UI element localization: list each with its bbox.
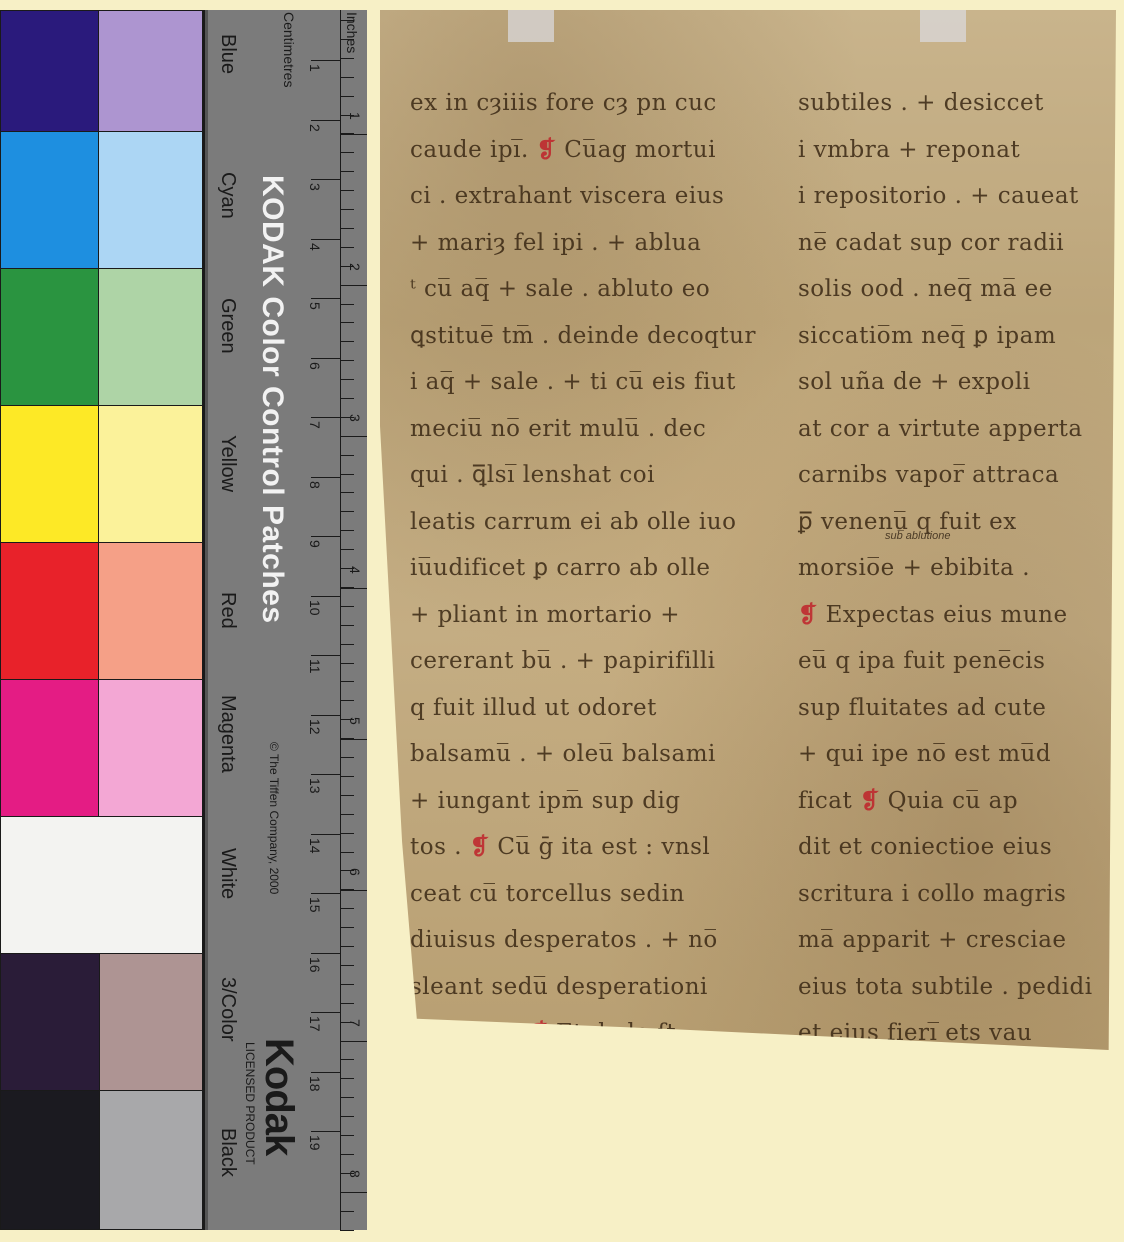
manuscript-line: + pliant in mortario +: [410, 592, 756, 639]
cm-tick: [311, 179, 341, 180]
patch-cyan-dark: [0, 131, 99, 269]
minor-tick: [340, 644, 354, 645]
minor-tick: [340, 20, 354, 21]
minor-tick: [340, 417, 354, 418]
label-red: Red: [216, 592, 239, 629]
manuscript-line: cererant bu̅ . + papirifilli: [410, 638, 756, 685]
cm-tick: [311, 477, 341, 478]
kodak-logo: Kodak: [256, 1038, 301, 1155]
minor-tick: [340, 1097, 354, 1098]
cm-tick: [311, 298, 341, 299]
cm-tick: [311, 834, 341, 835]
minor-tick: [340, 1022, 354, 1023]
cm-mark: 7: [307, 421, 323, 429]
manuscript-line: ex in cȝiiis fore cȝ pn cuc: [410, 80, 756, 127]
cm-mark: 2: [307, 124, 323, 132]
patch-black-light: [99, 1090, 203, 1230]
minor-tick: [340, 58, 354, 59]
minor-tick: [340, 814, 354, 815]
minor-tick: [340, 436, 354, 437]
inch-mark: 3: [347, 414, 363, 422]
inch-mark: 2: [347, 263, 363, 271]
cm-mark: 14: [307, 838, 323, 854]
minor-tick: [340, 852, 354, 853]
cm-tick: [311, 774, 341, 775]
minor-tick: [340, 304, 354, 305]
cm-mark: 10: [307, 600, 323, 616]
manuscript-line: i vmbra + reponat: [798, 127, 1093, 174]
cm-mark: 3: [307, 183, 323, 191]
minor-tick: [340, 889, 354, 890]
inch-mark: 4: [347, 566, 363, 574]
licensed-product-text: LICENSED PRODUCT: [243, 1042, 257, 1165]
manuscript-line: ma̅ apparit + cresciae: [798, 917, 1093, 964]
minor-tick: [340, 1211, 354, 1212]
minor-tick: [340, 115, 354, 116]
manuscript-line: et eius fieri̅ ets vau: [798, 1010, 1093, 1057]
cm-mark: 16: [307, 957, 323, 973]
cm-tick: [311, 893, 341, 894]
cm-mark: 6: [307, 362, 323, 370]
minor-tick: [340, 984, 354, 985]
minor-tick: [340, 1078, 354, 1079]
rubric-mark: ❡: [528, 1019, 548, 1046]
cm-tick: [311, 715, 341, 716]
minor-tick: [340, 96, 354, 97]
minor-tick: [340, 927, 354, 928]
manuscript-line: ci . extrahant viscera eius: [410, 173, 756, 220]
manuscript-line: + mariȝ fel ipi . + ablua: [410, 220, 756, 267]
manuscript-line: ᵗ cu̅ aq̅ + sale . abluto eo: [410, 266, 756, 313]
minor-tick: [340, 795, 354, 796]
inch-mark: 7: [347, 1019, 363, 1027]
minor-tick: [340, 549, 354, 550]
minor-tick: [340, 209, 354, 210]
cm-tick: [311, 1012, 341, 1013]
manuscript-line: ❡ Expectas eius mune: [798, 592, 1093, 639]
patch-cyan-light: [98, 131, 203, 269]
right-column: subtiles . + desicceti vmbra + reponati …: [798, 80, 1093, 1103]
label-white: White: [216, 848, 239, 899]
minor-tick: [340, 39, 354, 40]
minor-tick: [340, 266, 354, 267]
manuscript-line: q fuit illud ut odoret: [410, 685, 756, 732]
minor-tick: [340, 511, 354, 512]
patch-3color-light: [99, 953, 203, 1091]
minor-tick: [340, 719, 354, 720]
manuscript-line: carnibs vapor̅ attraca: [798, 452, 1093, 499]
minor-tick: [340, 738, 354, 739]
label-magenta: Magenta: [216, 695, 239, 773]
rubric-mark: ❡: [537, 136, 557, 163]
cm-tick: [311, 536, 341, 537]
patch-yellow-light: [98, 405, 203, 543]
manuscript-line: diuisus desperatos . + no̅: [410, 917, 756, 964]
minor-tick: [340, 776, 354, 777]
minor-tick: [340, 285, 354, 286]
minor-tick: [340, 1116, 354, 1117]
minor-tick: [340, 1059, 354, 1060]
cm-mark: 1: [307, 64, 323, 72]
minor-tick: [340, 379, 354, 380]
manuscript-line: balsamu̅ . + oleu̅ balsami: [410, 731, 756, 778]
minor-tick: [340, 625, 354, 626]
cm-tick: [311, 596, 341, 597]
ruler-baseline: [340, 10, 341, 1230]
cm-tick: [311, 417, 341, 418]
manuscript-line: i aq̅ + sale . + ti cu̅ eis fiut: [410, 359, 756, 406]
manuscript-line: at cor a virtute apperta: [798, 406, 1093, 453]
label-yellow: Yellow: [216, 435, 239, 492]
minor-tick: [340, 606, 354, 607]
minor-tick: [340, 1003, 354, 1004]
patch-blue-light: [98, 10, 203, 132]
minor-tick: [340, 1135, 354, 1136]
cm-mark: 17: [307, 1016, 323, 1032]
patch-magenta-dark: [0, 679, 99, 817]
minor-tick: [340, 946, 354, 947]
manuscript-line: eu̅ q ipa fuit pene̅cis: [798, 638, 1093, 685]
minor-tick: [340, 908, 354, 909]
patch-black-dark: [0, 1090, 100, 1230]
cm-mark: 19: [307, 1135, 323, 1151]
inch-mark: 5: [347, 717, 363, 725]
cm-mark: 4: [307, 243, 323, 251]
inch-mark: 8: [347, 1170, 363, 1178]
patch-3color-dark: [0, 953, 100, 1091]
cm-mark: 5: [307, 302, 323, 310]
cm-tick: [311, 1072, 341, 1073]
patch-magenta-light: [98, 679, 203, 817]
minor-tick: [340, 1041, 354, 1042]
cm-mark: 18: [307, 1076, 323, 1092]
manuscript-fragment: ex in cȝiiis fore cȝ pn cuccaude ipi̅. ❡…: [380, 10, 1116, 1050]
minor-tick: [340, 133, 354, 134]
manuscript-line: qui . ꝗ̅lsi̅ lenshat coi: [410, 452, 756, 499]
chart-title: KODAK Color Control Patches: [255, 175, 289, 624]
manuscript-line: dit et coniectioe eius: [798, 824, 1093, 871]
manuscript-line: iu̅udificet ꝑ carro ab olle: [410, 545, 756, 592]
manuscript-line: eius tota subtile . pedidi: [798, 964, 1093, 1011]
patch-red-light: [98, 542, 203, 680]
manuscript-line: ꝗstitue̅ tm̅ . deinde decoqtur: [410, 313, 756, 360]
minor-tick: [340, 190, 354, 191]
cm-tick: [311, 239, 341, 240]
manuscript-line: morsio̅e + ebibita .: [798, 545, 1093, 592]
ruler-strip: Blue Cyan Green Yellow Red Magenta White…: [205, 10, 367, 1230]
label-3color: 3/Color: [216, 977, 239, 1041]
manuscript-line: subtiles . + desiccet: [798, 80, 1093, 127]
manuscript-line: meciu̅ no̅ erit mulu̅ . dec: [410, 406, 756, 453]
manuscript-line: siccatio̅m neq̅ ꝑ ipam: [798, 313, 1093, 360]
minor-tick: [340, 398, 354, 399]
cm-tick: [311, 953, 341, 954]
minor-tick: [340, 77, 354, 78]
left-column: ex in cȝiiis fore cȝ pn cuccaude ipi̅. ❡…: [410, 80, 756, 1103]
cm-tick: [311, 655, 341, 656]
cm-mark: 12: [307, 719, 323, 735]
manuscript-line: leatis carrum ei ab olle iuo: [410, 499, 756, 546]
minor-tick: [340, 474, 354, 475]
minor-tick: [340, 247, 354, 248]
manuscript-line: sleant sedu̅ desperationi: [410, 964, 756, 1011]
cm-tick: [311, 358, 341, 359]
minor-tick: [340, 700, 354, 701]
minor-tick: [340, 152, 354, 153]
minor-tick: [340, 171, 354, 172]
patch-green-light: [98, 268, 203, 406]
cm-tick: [311, 60, 341, 61]
label-blue: Blue: [216, 34, 239, 74]
inch-tick: [340, 890, 367, 891]
cm-mark: 11: [307, 659, 323, 674]
strip-edge: [205, 10, 208, 1230]
label-cyan: Cyan: [216, 172, 239, 219]
minor-tick: [340, 1230, 354, 1231]
tape-left: [508, 10, 554, 42]
inches-label: Inches: [344, 12, 360, 53]
minor-tick: [340, 455, 354, 456]
minor-tick: [340, 360, 354, 361]
minor-tick: [340, 663, 354, 664]
minor-tick: [340, 1154, 354, 1155]
inch-tick: [340, 134, 367, 135]
minor-tick: [340, 341, 354, 342]
tape-right: [920, 10, 966, 42]
color-patch-grid: [0, 10, 205, 1230]
manuscript-line: solis ood . neq̅ ma̅ ee: [798, 266, 1093, 313]
cm-tick: [311, 120, 341, 121]
manuscript-line: + qui ipe no̅ est mu̅d: [798, 731, 1093, 778]
cm-tick: [311, 1131, 341, 1132]
cm-mark: 13: [307, 778, 323, 794]
cm-mark: 8: [307, 481, 323, 489]
patch-green-dark: [0, 268, 99, 406]
minor-tick: [340, 1173, 354, 1174]
cm-mark: 9: [307, 540, 323, 548]
label-green: Green: [216, 298, 239, 354]
manuscript-line: scritura i collo magris: [798, 871, 1093, 918]
minor-tick: [340, 587, 354, 588]
minor-tick: [340, 965, 354, 966]
patch-yellow-dark: [0, 405, 99, 543]
minor-tick: [340, 492, 354, 493]
patch-red-dark: [0, 542, 99, 680]
manuscript-line: ne̅ cadat sup cor radii: [798, 220, 1093, 267]
minor-tick: [340, 228, 354, 229]
manuscript-line: caude ipi̅. ❡ Cu̅ag mortui: [410, 127, 756, 174]
rubric-mark: ❡: [860, 787, 880, 814]
cm-mark: 15: [307, 897, 323, 913]
manuscript-line: sol uña de + expoli: [798, 359, 1093, 406]
manuscript-line: ficat ❡ Quia cu̅ ap: [798, 778, 1093, 825]
manuscript-line: tos . ❡ Cu̅ ḡ ita est : vnsl: [410, 824, 756, 871]
interlinear-gloss: sub̅ ablutione: [885, 530, 950, 542]
patch-blue-dark: [0, 10, 99, 132]
minor-tick: [340, 757, 354, 758]
manuscript-line: eccelli ꝑ co̅ninuti: [410, 1057, 756, 1104]
manuscript-line: i repositorio . + caueat: [798, 173, 1093, 220]
manuscript-line: sup fluitates ad cute: [798, 685, 1093, 732]
manuscript-line: + iungant ipm̅ sup dig: [410, 778, 756, 825]
manuscript-line: libet ꝑ fuit un et cu: [798, 1057, 1093, 1104]
copyright-text: © The Tiffen Company, 2000: [267, 742, 281, 894]
manuscript-line: ceat cu̅ torcellus sedin: [410, 871, 756, 918]
minor-tick: [340, 681, 354, 682]
minor-tick: [340, 833, 354, 834]
label-black: Black: [216, 1128, 239, 1177]
rubric-mark: ❡: [798, 601, 818, 628]
minor-tick: [340, 530, 354, 531]
minor-tick: [340, 322, 354, 323]
centimetres-label: Centimetres: [281, 12, 297, 87]
manuscript-line: mortauin ❡ Et dede ſt: [410, 1010, 756, 1057]
rubric-mark: ❡: [470, 833, 490, 860]
minor-tick: [340, 1192, 354, 1193]
minor-tick: [340, 870, 354, 871]
patch-white: [0, 816, 203, 954]
minor-tick: [340, 568, 354, 569]
